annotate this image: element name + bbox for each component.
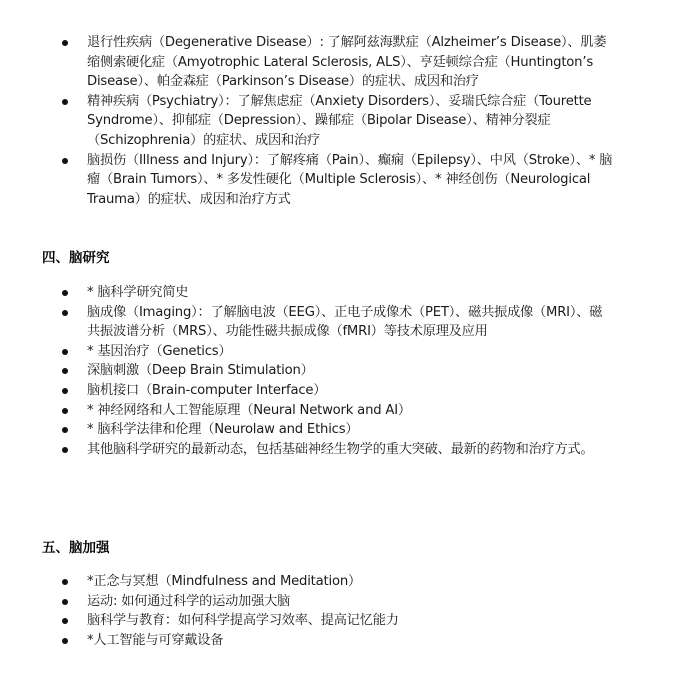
bullet-icon xyxy=(62,40,68,46)
list-item-text: *正念与冥想（Mindfulness and Meditation） xyxy=(87,574,361,589)
list-item: 其他脑科学研究的最新动态，包括基础神经生物学的重大突破、最新的药物和治疗方式。 xyxy=(0,440,674,460)
bullet-icon xyxy=(62,349,68,355)
bullet-icon xyxy=(62,579,68,585)
list-item: 脑成像（Imaging）：了解脑电波（EEG）、正电子成像术（PET）、磁共振成… xyxy=(0,303,674,342)
list-item-text: 深脑刺激（Deep Brain Stimulation） xyxy=(87,363,314,378)
list-item-text: 精神疾病（Psychiatry）：了解焦虑症（Anxiety Disorders… xyxy=(87,94,591,148)
bullet-icon xyxy=(62,310,68,316)
bullet-icon xyxy=(62,290,68,296)
bullet-icon xyxy=(62,447,68,453)
list-item: 精神疾病（Psychiatry）：了解焦虑症（Anxiety Disorders… xyxy=(0,92,674,151)
list-item: * 脑科学研究简史 xyxy=(0,283,674,303)
bullet-icon xyxy=(62,368,68,374)
list-item: * 脑科学法律和伦理（Neurolaw and Ethics） xyxy=(0,420,674,440)
bullet-icon xyxy=(62,599,68,605)
list-item: 退行性疾病（Degenerative Disease）: 了解阿兹海默症（Alz… xyxy=(0,33,674,92)
list-item: 运动: 如何通过科学的运动加强大脑 xyxy=(0,592,674,612)
list-item-text: *人工智能与可穿戴设备 xyxy=(87,633,223,648)
list-item-text: 运动: 如何通过科学的运动加强大脑 xyxy=(87,594,290,609)
list-item: 脑科学与教育：如何科学提高学习效率、提高记忆能力 xyxy=(0,611,674,631)
list-item-text: 脑科学与教育：如何科学提高学习效率、提高记忆能力 xyxy=(87,613,399,628)
list-item-text: 脑损伤（Illness and Injury）：了解疼痛（Pain）、癫痫（Ep… xyxy=(87,153,612,207)
list-item: *正念与冥想（Mindfulness and Meditation） xyxy=(0,572,674,592)
section-heading-brain-enhancement: 五、脑加强 xyxy=(42,536,110,556)
section-heading-brain-research: 四、脑研究 xyxy=(42,246,110,266)
list-item: 深脑刺激（Deep Brain Stimulation） xyxy=(0,361,674,381)
bullet-icon xyxy=(62,388,68,394)
list-item: * 基因治疗（Genetics） xyxy=(0,342,674,362)
list-item-text: 其他脑科学研究的最新动态，包括基础神经生物学的重大突破、最新的药物和治疗方式。 xyxy=(87,442,594,457)
list-item-text: * 脑科学法律和伦理（Neurolaw and Ethics） xyxy=(87,422,358,437)
brain-enhancement-list: *正念与冥想（Mindfulness and Meditation） 运动: 如… xyxy=(0,572,674,650)
list-item-text: 脑机接口（Brain-computer Interface） xyxy=(87,383,326,398)
list-item: *人工智能与可穿戴设备 xyxy=(0,631,674,651)
list-item-text: * 神经网络和人工智能原理（Neural Network and AI） xyxy=(87,403,411,418)
bullet-icon xyxy=(62,618,68,624)
bullet-icon xyxy=(62,408,68,414)
brain-research-list: * 脑科学研究简史 脑成像（Imaging）：了解脑电波（EEG）、正电子成像术… xyxy=(0,283,674,459)
list-item-text: * 基因治疗（Genetics） xyxy=(87,344,231,359)
diseases-list: 退行性疾病（Degenerative Disease）: 了解阿兹海默症（Alz… xyxy=(0,33,674,209)
list-item: 脑机接口（Brain-computer Interface） xyxy=(0,381,674,401)
bullet-icon xyxy=(62,99,68,105)
bullet-icon xyxy=(62,427,68,433)
list-item-text: 脑成像（Imaging）：了解脑电波（EEG）、正电子成像术（PET）、磁共振成… xyxy=(87,305,602,340)
list-item: * 神经网络和人工智能原理（Neural Network and AI） xyxy=(0,401,674,421)
bullet-icon xyxy=(62,158,68,164)
list-item-text: 退行性疾病（Degenerative Disease）: 了解阿兹海默症（Alz… xyxy=(87,35,606,89)
bullet-icon xyxy=(62,638,68,644)
document-page: 退行性疾病（Degenerative Disease）: 了解阿兹海默症（Alz… xyxy=(0,0,674,674)
list-item: 脑损伤（Illness and Injury）：了解疼痛（Pain）、癫痫（Ep… xyxy=(0,151,674,210)
list-item-text: * 脑科学研究简史 xyxy=(87,285,188,300)
